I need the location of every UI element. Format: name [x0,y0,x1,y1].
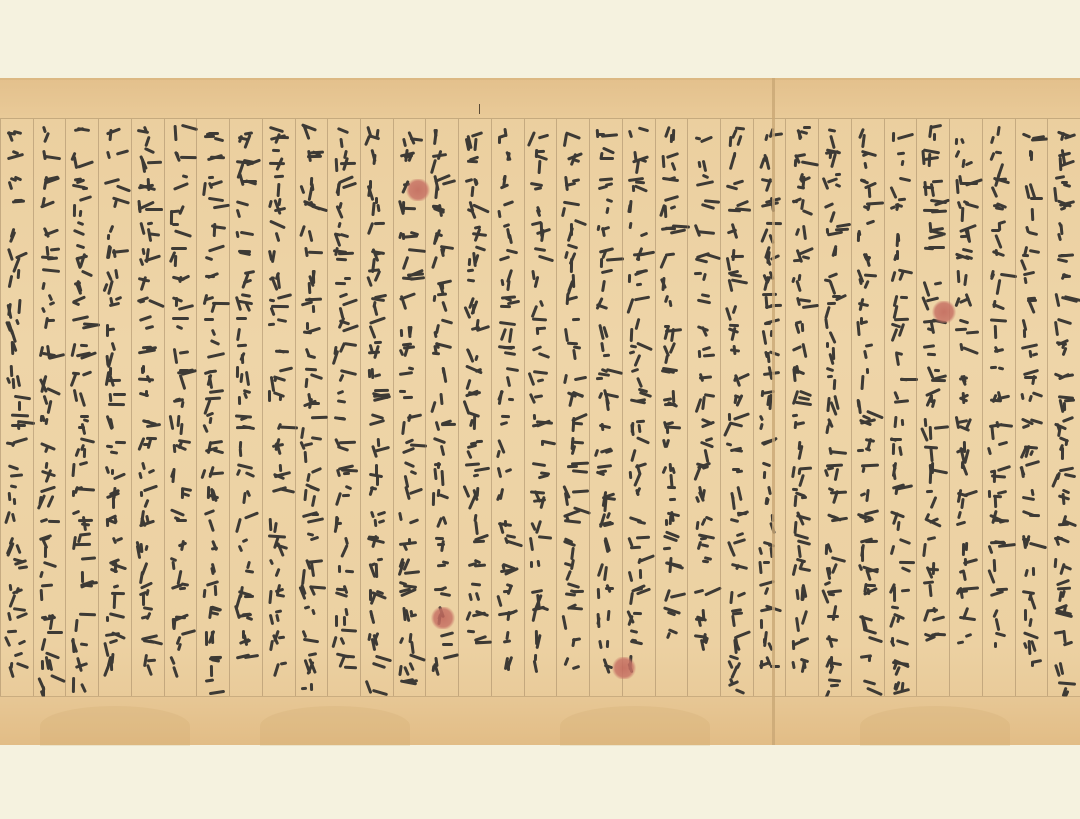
glyph [824,557,847,579]
glyph [366,461,389,483]
glyph [759,221,782,243]
glyph [595,317,618,339]
glyph [1021,581,1044,603]
glyph [39,293,62,315]
glyph [530,293,553,315]
glyph [268,269,291,291]
glyph [1053,629,1076,651]
glyph [6,365,29,387]
glyph [530,341,553,363]
glyph [399,365,422,387]
glyph [693,389,716,411]
glyph [628,533,651,555]
glyph [1053,389,1076,411]
glyph [202,293,225,315]
glyph [562,317,585,339]
glyph [595,629,618,651]
glyph [595,461,618,483]
glyph [824,533,847,555]
glyph [202,653,225,675]
glyph [71,317,94,339]
glyph [170,317,193,339]
glyph [170,533,193,555]
glyph [1053,557,1076,579]
glyph [301,629,324,651]
glyph [857,557,880,579]
glyph [530,605,553,627]
glyph [1053,245,1076,267]
glyph [595,533,618,555]
glyph [988,461,1011,483]
glyph [399,629,422,651]
glyph [464,149,487,171]
glyph [235,533,258,555]
glyph [170,581,193,603]
glyph [726,485,749,507]
glyph [726,173,749,195]
glyph [890,173,913,195]
glyph [6,485,29,507]
glyph [170,605,193,627]
glyph [562,221,585,243]
glyph [39,149,62,171]
glyph [104,509,127,531]
glyph [366,557,389,579]
glyph [824,245,847,267]
glyph [890,125,913,147]
text-column [327,119,361,696]
glyph [497,125,520,147]
glyph [661,485,684,507]
glyph [824,341,847,363]
glyph [497,293,520,315]
glyph [464,317,487,339]
glyph [235,245,258,267]
glyph [988,389,1011,411]
glyph [988,245,1011,267]
glyph [301,653,324,675]
glyph [6,293,29,315]
glyph [464,293,487,315]
glyph [890,413,913,435]
glyph [595,389,618,411]
glyph [104,653,127,675]
glyph [1021,173,1044,195]
glyph [955,269,978,291]
glyph [170,245,193,267]
text-column [393,119,427,696]
glyph [366,653,389,675]
glyph [301,317,324,339]
glyph [824,653,847,675]
glyph [595,557,618,579]
glyph [137,413,160,435]
glyph [759,653,782,675]
glyph [890,269,913,291]
glyph [890,197,913,219]
glyph [6,173,29,195]
glyph [104,581,127,603]
glyph [137,365,160,387]
glyph [759,389,782,411]
glyph [628,461,651,483]
glyph [235,437,258,459]
glyph [137,341,160,363]
glyph [366,581,389,603]
glyph [6,341,29,363]
glyph [562,485,585,507]
glyph [1021,341,1044,363]
glyph [202,437,225,459]
glyph [890,437,913,459]
glyph [1021,629,1044,651]
glyph [431,389,454,411]
glyph [759,557,782,579]
text-column [196,119,230,696]
glyph [497,509,520,531]
glyph [170,509,193,531]
glyph [955,389,978,411]
glyph [595,437,618,459]
glyph [497,221,520,243]
glyph [268,149,291,171]
text-column [98,119,132,696]
glyph [170,125,193,147]
glyph [595,413,618,435]
glyph [791,605,814,627]
glyph [431,125,454,147]
glyph [366,269,389,291]
glyph [399,125,422,147]
text-column [622,119,656,696]
glyph [1053,509,1076,531]
glyph [857,269,880,291]
glyph [857,389,880,411]
text-column [65,119,99,696]
glyph [6,221,29,243]
glyph [988,293,1011,315]
glyph [137,629,160,651]
glyph [464,437,487,459]
glyph [824,197,847,219]
glyph [235,557,258,579]
glyph [628,197,651,219]
glyph [857,485,880,507]
glyph [431,317,454,339]
glyph [759,365,782,387]
glyph [1021,653,1044,675]
glyph [726,461,749,483]
glyph [726,245,749,267]
glyph [497,317,520,339]
glyph [988,197,1011,219]
glyph [39,485,62,507]
glyph [922,341,945,363]
text-column [949,119,983,696]
glyph [1021,125,1044,147]
glyph [759,485,782,507]
glyph [464,629,487,651]
glyph [431,341,454,363]
text-column [818,119,852,696]
glyph [890,629,913,651]
glyph [1053,197,1076,219]
glyph [988,557,1011,579]
glyph [39,365,62,387]
glyph [562,653,585,675]
glyph [955,173,978,195]
glyph [726,509,749,531]
glyph [104,125,127,147]
glyph [137,221,160,243]
glyph [235,269,258,291]
text-column [687,119,721,696]
glyph [268,125,291,147]
glyph [988,125,1011,147]
glyph [791,365,814,387]
glyph [661,557,684,579]
water-stain [40,706,190,746]
glyph [693,461,716,483]
glyph [6,653,29,675]
glyph [333,413,356,435]
glyph [791,221,814,243]
glyph [922,533,945,555]
glyph [693,509,716,531]
glyph [268,581,291,603]
glyph [824,629,847,651]
glyph [922,269,945,291]
glyph [988,581,1011,603]
glyph [562,269,585,291]
glyph [39,317,62,339]
glyph [726,221,749,243]
glyph [530,365,553,387]
glyph [333,557,356,579]
glyph [693,125,716,147]
glyph [693,269,716,291]
glyph [464,509,487,531]
glyph [922,485,945,507]
glyph [104,629,127,651]
glyph [202,269,225,291]
glyph [464,221,487,243]
glyph [1021,293,1044,315]
glyph [137,509,160,531]
glyph [661,629,684,651]
glyph [6,581,29,603]
glyph [1021,197,1044,219]
glyph [595,173,618,195]
glyph [104,485,127,507]
glyph [726,653,749,675]
glyph [268,629,291,651]
glyph [6,245,29,267]
glyph [661,341,684,363]
glyph [366,221,389,243]
glyph [71,653,94,675]
glyph [399,317,422,339]
glyph [268,557,291,579]
glyph [562,125,585,147]
glyph [431,653,454,675]
glyph [1021,365,1044,387]
glyph [857,629,880,651]
glyph [497,389,520,411]
glyph [1053,485,1076,507]
glyph [202,533,225,555]
glyph [39,557,62,579]
glyph [301,437,324,459]
glyph [366,245,389,267]
glyph [824,461,847,483]
glyph [464,605,487,627]
glyph [530,413,553,435]
glyph [6,389,29,411]
glyph [497,533,520,555]
glyph [988,509,1011,531]
text-column [720,119,754,696]
glyph [595,509,618,531]
glyph [333,149,356,171]
glyph [235,389,258,411]
glyph [170,389,193,411]
glyph [922,149,945,171]
glyph [431,437,454,459]
glyph [890,461,913,483]
glyph [988,629,1011,651]
glyph [399,389,422,411]
glyph [791,533,814,555]
glyph [39,533,62,555]
glyph [595,293,618,315]
text-column [164,119,198,696]
glyph [137,173,160,195]
glyph [268,317,291,339]
glyph [1053,341,1076,363]
glyph [39,605,62,627]
glyph [628,629,651,651]
glyph [170,173,193,195]
glyph [628,125,651,147]
glyph [39,437,62,459]
glyph [464,461,487,483]
glyph [824,389,847,411]
glyph [137,653,160,675]
glyph [922,389,945,411]
glyph [202,509,225,531]
glyph [170,221,193,243]
glyph [104,173,127,195]
glyph [955,413,978,435]
glyph [661,173,684,195]
glyph [726,197,749,219]
glyph [431,509,454,531]
red-seal-mark [932,301,956,323]
glyph [366,389,389,411]
glyph [530,581,553,603]
glyph [104,245,127,267]
glyph [726,317,749,339]
glyph [595,485,618,507]
glyph [955,221,978,243]
glyph [104,269,127,291]
glyph [137,149,160,171]
glyph [857,293,880,315]
glyph [562,341,585,363]
text-column [524,119,558,696]
glyph [39,653,62,675]
glyph [693,317,716,339]
glyph [562,197,585,219]
glyph [726,293,749,315]
glyph [497,173,520,195]
glyph [104,317,127,339]
text-column [262,119,296,696]
glyph [235,509,258,531]
glyph [726,125,749,147]
glyph [759,293,782,315]
glyph [759,149,782,171]
glyph [628,317,651,339]
glyph [661,509,684,531]
glyph [693,485,716,507]
glyph [857,365,880,387]
glyph [530,437,553,459]
glyph [857,197,880,219]
glyph [1053,653,1076,675]
glyph [1021,533,1044,555]
glyph [301,461,324,483]
glyph [759,125,782,147]
glyph [824,293,847,315]
glyph [1053,533,1076,555]
glyph [693,221,716,243]
glyph [1021,557,1044,579]
glyph [562,605,585,627]
text-column [589,119,623,696]
glyph [955,125,978,147]
glyph [202,413,225,435]
glyph [955,293,978,315]
glyph [137,269,160,291]
glyph [1021,461,1044,483]
glyph [791,293,814,315]
glyph [628,149,651,171]
text-column [556,119,590,696]
text-column [655,119,689,696]
glyph [922,605,945,627]
glyph [661,197,684,219]
glyph [890,389,913,411]
glyph [562,437,585,459]
glyph [661,221,684,243]
glyph [530,245,553,267]
glyph [497,605,520,627]
glyph [628,485,651,507]
glyph [595,581,618,603]
glyph [301,197,324,219]
glyph [464,125,487,147]
glyph [333,245,356,267]
glyph [6,605,29,627]
glyph [497,461,520,483]
glyph [170,629,193,651]
glyph [857,221,880,243]
glyph [268,509,291,531]
glyph [39,221,62,243]
glyph [955,533,978,555]
